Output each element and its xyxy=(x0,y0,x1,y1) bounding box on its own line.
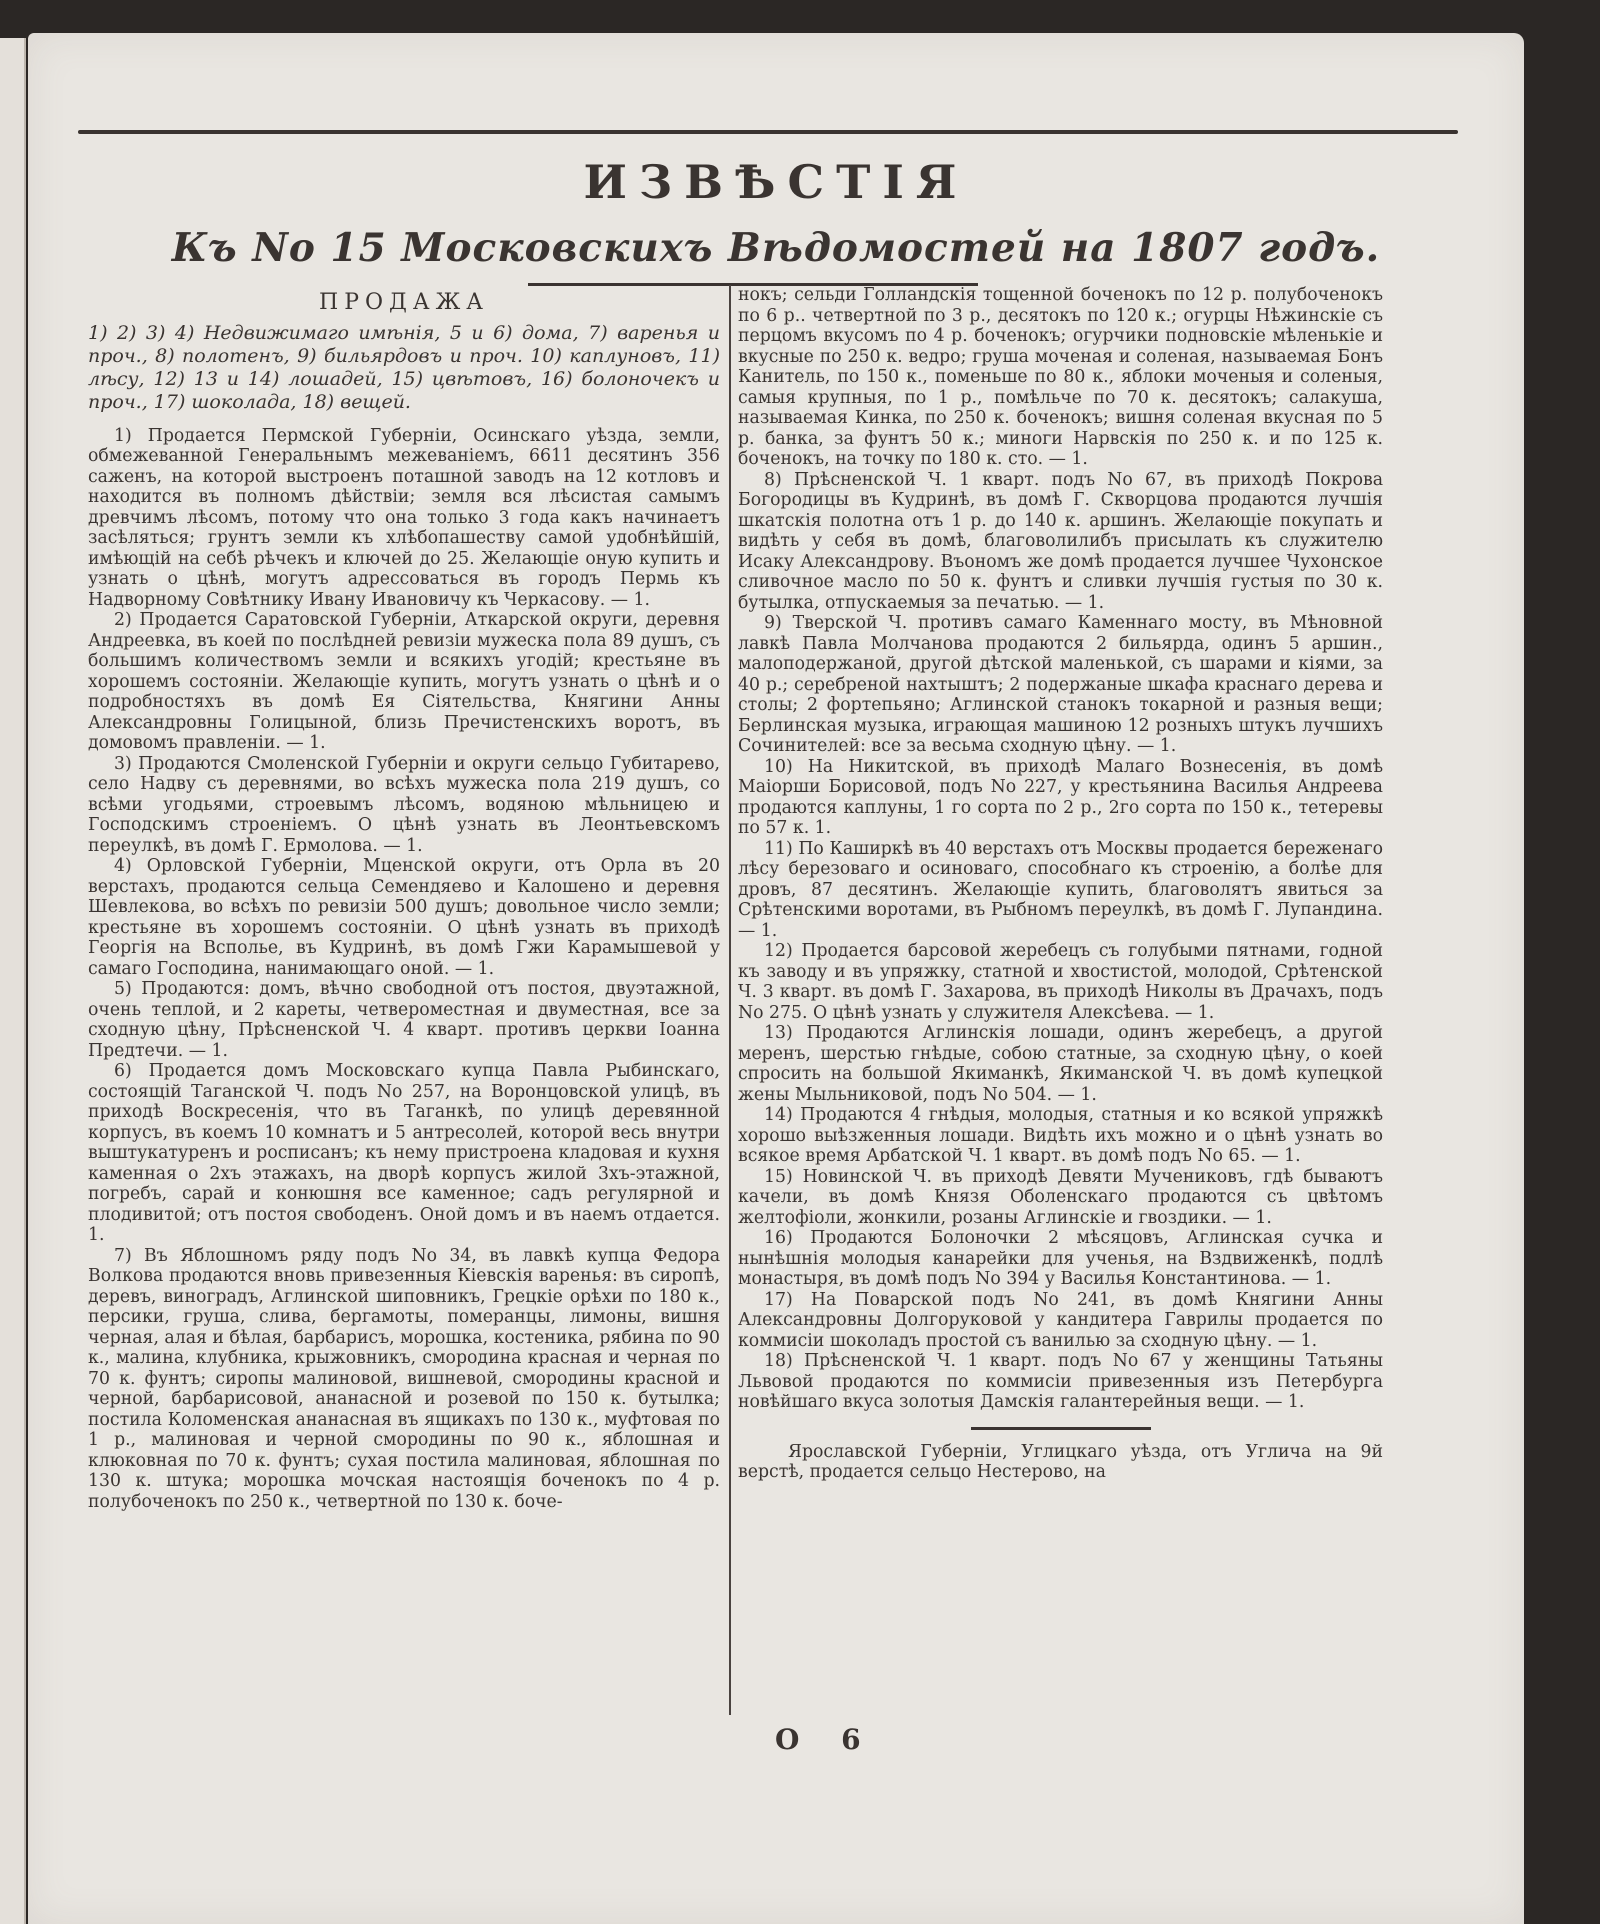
entry-3: 3) Продаются Смоленской Губерніи и округ… xyxy=(88,754,720,857)
entry-8: 8) Прѣсненской Ч. 1 кварт. подъ No 67, в… xyxy=(738,470,1383,614)
previous-page-edge xyxy=(0,38,26,1924)
entry-17: 17) На Поварской подъ No 241, въ домѣ Кн… xyxy=(738,1290,1383,1352)
closing-rule xyxy=(971,1427,1151,1430)
page-subtitle: Къ No 15 Московскихъ Вѣдомостей на 1807 … xyxy=(28,225,1524,271)
closing-notice: Ярославской Губерніи, Углицкаго уѣзда, о… xyxy=(738,1442,1383,1483)
entry-7: 7) Въ Яблошномъ ряду подъ No 34, въ лавк… xyxy=(88,1246,720,1513)
page-title: ИЗВѢСТІЯ xyxy=(28,155,1524,209)
header-rule xyxy=(78,130,1458,134)
entry-13: 13) Продаются Аглинскія лошади, одинъ же… xyxy=(738,1023,1383,1105)
section-contents: 1) 2) 3) 4) Недвижимаго имѣнія, 5 и 6) д… xyxy=(88,322,720,414)
entry-15: 15) Новинской Ч. въ приходѣ Девяти Мучен… xyxy=(738,1167,1383,1229)
left-column: ПРОДАЖА 1) 2) 3) 4) Недвижимаго имѣнія, … xyxy=(88,293,720,1512)
entry-18: 18) Прѣсненской Ч. 1 кварт. подъ No 67 у… xyxy=(738,1351,1383,1413)
entry-12: 12) Продается барсовой жеребецъ съ голуб… xyxy=(738,941,1383,1023)
entry-14: 14) Продаются 4 гнѣдыя, молодыя, статныя… xyxy=(738,1105,1383,1167)
entry-1: 1) Продается Пермской Губерніи, Осинскаг… xyxy=(88,426,720,611)
entry-10: 10) На Никитской, въ приходѣ Малаго Возн… xyxy=(738,757,1383,839)
section-heading: ПРОДАЖА xyxy=(88,293,720,314)
right-column: нокъ; сельди Голландскія тощенной бочено… xyxy=(738,285,1383,1483)
column-divider xyxy=(729,285,731,1715)
entry-16: 16) Продаются Болоночки 2 мѣсяцовъ, Агли… xyxy=(738,1228,1383,1290)
page-signature: O 6 xyxy=(775,1723,877,1756)
entry-7-continuation: нокъ; сельди Голландскія тощенной бочено… xyxy=(738,285,1383,470)
entry-6: 6) Продается домъ Московскаго купца Павл… xyxy=(88,1061,720,1246)
entry-4: 4) Орловской Губерніи, Мценской округи, … xyxy=(88,856,720,979)
entry-9: 9) Тверской Ч. противъ самаго Каменнаго … xyxy=(738,613,1383,757)
entry-5: 5) Продаются: домъ, вѣчно свободной отъ … xyxy=(88,979,720,1061)
entry-2: 2) Продается Саратовской Губерніи, Аткар… xyxy=(88,610,720,754)
newspaper-page: ИЗВѢСТІЯ Къ No 15 Московскихъ Вѣдомостей… xyxy=(28,33,1524,1924)
entry-11: 11) По Каширкѣ въ 40 верстахъ отъ Москвы… xyxy=(738,839,1383,942)
